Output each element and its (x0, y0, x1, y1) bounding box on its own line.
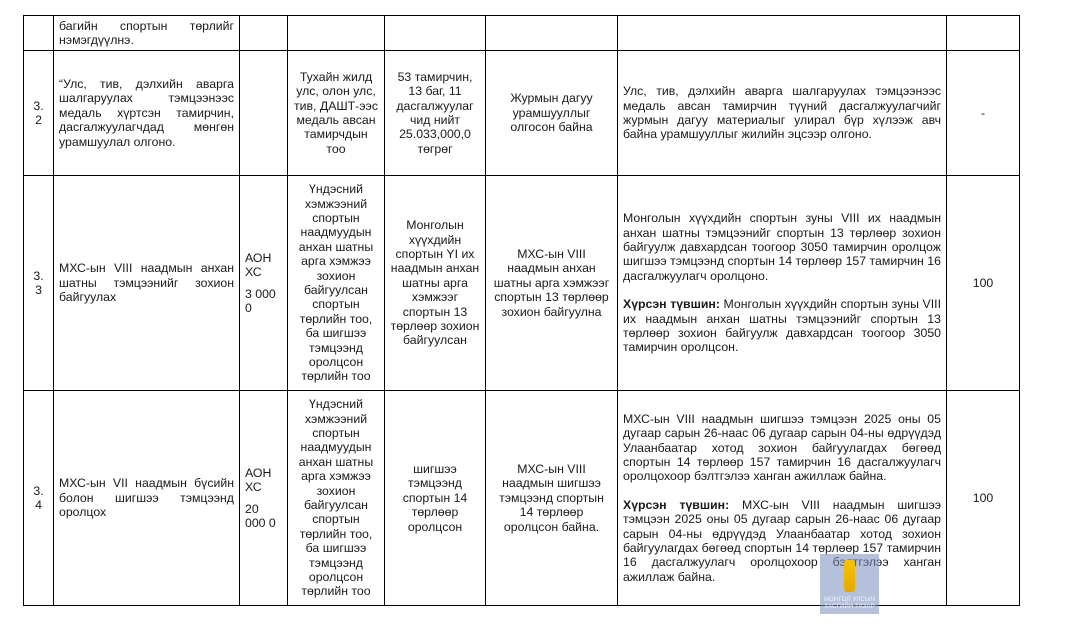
task-description: МХС-ын VIII наадмын анхан шатны тэмцээни… (54, 176, 240, 391)
achieved-level-label: Хүрсэн түвшин: (623, 498, 729, 512)
table-row: 3. 3МХС-ын VIII наадмын анхан шатны тэмц… (24, 176, 1020, 391)
result-paragraph: Хүрсэн түвшин: МХС-ын VIII наадмын шигшэ… (623, 498, 941, 584)
row-number (24, 16, 54, 51)
budget-source: АОН ХС (245, 466, 282, 495)
result-text: МХС-ын VIII наадмын шигшээ тэмцээн 2025 … (623, 412, 941, 484)
completion-percent: 100 (947, 391, 1020, 606)
progress-result (618, 16, 947, 51)
target-level: Журмын дагуу урамшууллыг олгосон байна (486, 51, 618, 176)
progress-result: Улс, тив, дэлхийн аварга шалгаруулах тэм… (618, 51, 947, 176)
result-text: Улс, тив, дэлхийн аварга шалгаруулах тэм… (623, 84, 941, 141)
progress-result: Монголын хүүхдийн спортын зуны VIII их н… (618, 176, 947, 391)
result-paragraph: Монголын хүүхдийн спортын зуны VIII их н… (623, 211, 941, 283)
budget-source: АОН ХС (245, 251, 282, 280)
budget-cell: АОН ХС20 000 0 (240, 391, 288, 606)
budget-cell (240, 51, 288, 176)
result-text: Монголын хүүхдийн спортын зуны VIII их н… (623, 211, 941, 283)
completion-percent (947, 16, 1020, 51)
target-level: МХС-ын VIII наадмын анхан шатны арга хэм… (486, 176, 618, 391)
budget-cell: АОН ХС3 000 0 (240, 176, 288, 391)
indicator (288, 16, 385, 51)
task-description: багийн спортын төрлийг нэмэгдүүлнэ. (54, 16, 240, 51)
report-table: багийн спортын төрлийг нэмэгдүүлнэ.3. 2“… (23, 15, 1020, 606)
government-watermark: МОНГОЛ УЛСЫН ЗАСГИЙН ГАЗАР (820, 554, 879, 614)
baseline-level: Монголын хүүхдийн спортын YI их наадмын … (385, 176, 486, 391)
indicator: Тухайн жилд улс, олон улс, тив, ДАШТ-ээс… (288, 51, 385, 176)
table-row: 3. 2“Улс, тив, дэлхийн аварга шалгаруула… (24, 51, 1020, 176)
target-level: МХС-ын VIII наадмын шигшээ тэмцээнд спор… (486, 391, 618, 606)
soyombo-emblem-icon (844, 560, 855, 592)
progress-result: МХС-ын VIII наадмын шигшээ тэмцээн 2025 … (618, 391, 947, 606)
task-description: МХС-ын VII наадмын бүсийн болон шигшээ т… (54, 391, 240, 606)
row-number: 3. 3 (24, 176, 54, 391)
baseline-level: 53 тамирчин, 13 баг, 11 дасгалжуулаг чид… (385, 51, 486, 176)
achieved-level-label: Хүрсэн түвшин: (623, 297, 720, 311)
indicator: Үндэсний хэмжээний спортын наадмуудын ан… (288, 391, 385, 606)
row-number: 3. 4 (24, 391, 54, 606)
completion-percent: 100 (947, 176, 1020, 391)
result-paragraph: МХС-ын VIII наадмын шигшээ тэмцээн 2025 … (623, 412, 941, 484)
budget-cell (240, 16, 288, 51)
completion-percent: - (947, 51, 1020, 176)
target-level (486, 16, 618, 51)
row-number: 3. 2 (24, 51, 54, 176)
table-row: багийн спортын төрлийг нэмэгдүүлнэ. (24, 16, 1020, 51)
task-description: “Улс, тив, дэлхийн аварга шалгаруулах тэ… (54, 51, 240, 176)
budget-amount: 3 000 0 (245, 287, 282, 316)
watermark-text: МОНГОЛ УЛСЫН ЗАСГИЙН ГАЗАР (824, 597, 875, 611)
result-paragraph: Хүрсэн түвшин: Монголын хүүхдийн спортын… (623, 297, 941, 355)
budget-amount: 20 000 0 (245, 502, 282, 531)
baseline-level (385, 16, 486, 51)
result-paragraph: Улс, тив, дэлхийн аварга шалгаруулах тэм… (623, 84, 941, 142)
indicator: Үндэсний хэмжээний спортын наадмуудын ан… (288, 176, 385, 391)
baseline-level: шигшээ тэмцээнд спортын 14 төрлөөр оролц… (385, 391, 486, 606)
